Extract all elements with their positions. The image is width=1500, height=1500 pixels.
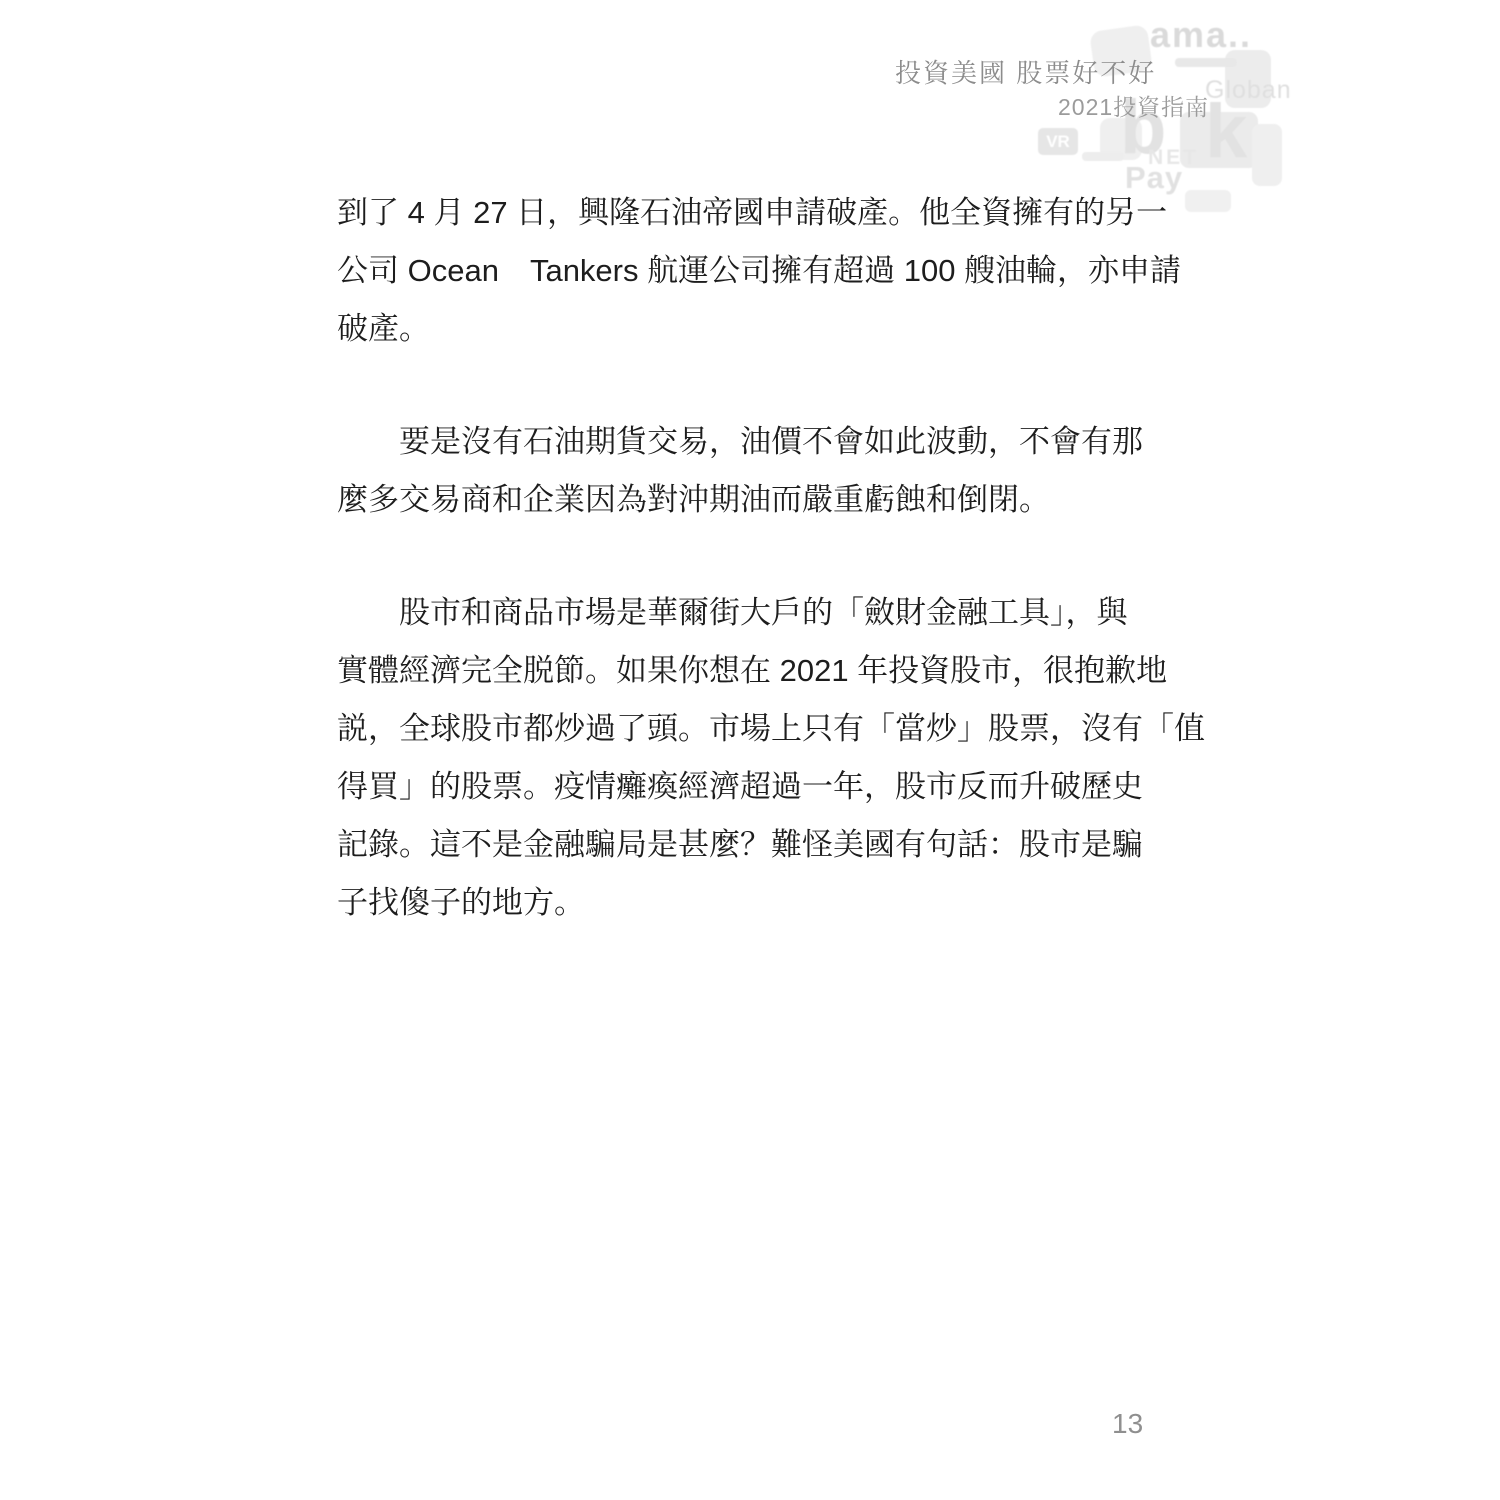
book-page: ama.. Globan b k NET Pay VR 投資美國 股票好不好 2… bbox=[0, 0, 1500, 1500]
amazon-watermark-text: ama.. bbox=[1150, 14, 1252, 56]
text-line: 麼多交易商和企業因為對沖期油而嚴重虧蝕和倒閉。 bbox=[337, 471, 1127, 529]
text-line: 記錄。這不是金融騙局是甚麼？難怪美國有句話：股市是騙 bbox=[337, 816, 1127, 874]
watermark-blob bbox=[1185, 190, 1231, 212]
text-line: 到了 4 月 27 日，興隆石油帝國申請破產。他全資擁有的另一 bbox=[337, 184, 1127, 242]
running-head-subtitle: 2021投資指南 bbox=[1058, 89, 1209, 122]
text-line: 要是沒有石油期貨交易，油價不會如此波動，不會有那 bbox=[337, 413, 1127, 471]
text-line: 子找傻子的地方。 bbox=[337, 874, 1127, 932]
text-line: 股市和商品市場是華爾街大戶的「斂財金融工具」，與 bbox=[337, 584, 1127, 642]
watermark-blob bbox=[1175, 58, 1237, 67]
paragraph-1: 到了 4 月 27 日，興隆石油帝國申請破產。他全資擁有的另一 公司 Ocean… bbox=[337, 184, 1127, 358]
page-number: 13 bbox=[1112, 1408, 1143, 1440]
paragraph-2: 要是沒有石油期貨交易，油價不會如此波動，不會有那 麼多交易商和企業因為對沖期油而… bbox=[337, 413, 1127, 529]
text-line: 得買」的股票。疫情癱瘓經濟超過一年，股市反而升破歷史 bbox=[337, 758, 1127, 816]
paypal-watermark-text: Pay bbox=[1125, 160, 1183, 196]
watermark-letter-k: k bbox=[1205, 88, 1247, 175]
watermark-blob bbox=[1252, 124, 1282, 186]
vr-watermark-badge: VR bbox=[1038, 128, 1078, 155]
watermark-blob bbox=[1082, 152, 1124, 161]
page-body: 到了 4 月 27 日，興隆石油帝國申請破產。他全資擁有的另一 公司 Ocean… bbox=[337, 184, 1127, 987]
text-line: 説，全球股市都炒過了頭。市場上只有「當炒」股票，沒有「值 bbox=[337, 700, 1127, 758]
running-head-title: 投資美國 股票好不好 bbox=[895, 53, 1156, 90]
text-line: 公司 Ocean Tankers 航運公司擁有超過 100 艘油輪，亦申請 bbox=[337, 242, 1127, 300]
text-line: 實體經濟完全脱節。如果你想在 2021 年投資股市，很抱歉地 bbox=[337, 642, 1127, 700]
vr-watermark-text: VR bbox=[1046, 132, 1070, 151]
paragraph-3: 股市和商品市場是華爾街大戶的「斂財金融工具」，與 實體經濟完全脱節。如果你想在 … bbox=[337, 584, 1127, 932]
text-line: 破產。 bbox=[337, 300, 1127, 358]
